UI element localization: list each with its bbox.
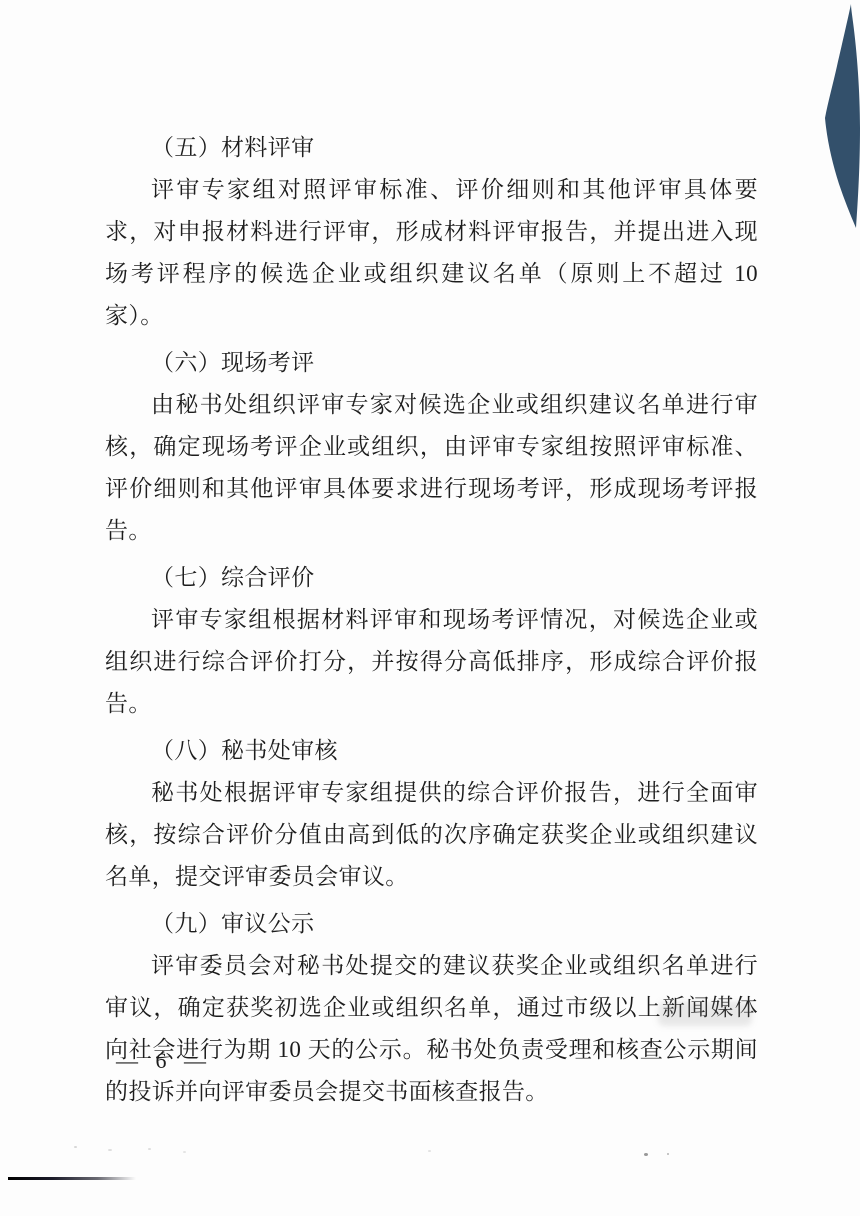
scan-speck bbox=[148, 1148, 151, 1150]
scan-speck bbox=[428, 1150, 431, 1152]
section-6-onsite-evaluation: （六）现场考评 由秘书处组织评审专家对候选企业或组织建议名单进行审核，确定现场考… bbox=[105, 342, 758, 552]
section-paragraph: 秘书处根据评审专家组提供的综合评价报告，进行全面审核，按综合评价分值由高到低的次… bbox=[105, 772, 758, 898]
section-heading: （五）材料评审 bbox=[105, 127, 758, 169]
scan-speck bbox=[108, 1149, 112, 1151]
ink-blot-shape bbox=[825, 4, 860, 228]
scan-line-artifact bbox=[8, 1177, 136, 1180]
page-number: — 6 — bbox=[116, 1048, 212, 1074]
section-heading: （八）秘书处审核 bbox=[105, 730, 758, 772]
document-page: （五）材料评审 评审专家组对照评审标准、评价细则和其他评审具体要求，对申报材料进… bbox=[0, 0, 860, 1216]
scan-ink-blot-icon bbox=[815, 0, 860, 235]
section-paragraph: 评审委员会对秘书处提交的建议获奖企业或组织名单进行审议，确定获奖初选企业或组织名… bbox=[105, 945, 758, 1113]
scan-smudge bbox=[658, 1002, 752, 1026]
section-heading: （九）审议公示 bbox=[105, 903, 758, 945]
section-5-material-review: （五）材料评审 评审专家组对照评审标准、评价细则和其他评审具体要求，对申报材料进… bbox=[105, 127, 758, 337]
scan-speck bbox=[644, 1153, 648, 1156]
scan-speck bbox=[74, 1146, 77, 1148]
section-8-secretariat-review: （八）秘书处审核 秘书处根据评审专家组提供的综合评价报告，进行全面审核，按综合评… bbox=[105, 730, 758, 898]
section-7-comprehensive-evaluation: （七）综合评价 评审专家组根据材料评审和现场考评情况，对候选企业或组织进行综合评… bbox=[105, 557, 758, 725]
section-paragraph: 评审专家组根据材料评审和现场考评情况，对候选企业或组织进行综合评价打分，并按得分… bbox=[105, 599, 758, 725]
section-paragraph: 由秘书处组织评审专家对候选企业或组织建议名单进行审核，确定现场考评企业或组织，由… bbox=[105, 384, 758, 552]
section-heading: （七）综合评价 bbox=[105, 557, 758, 599]
scan-speck bbox=[183, 1151, 186, 1153]
section-paragraph: 评审专家组对照评审标准、评价细则和其他评审具体要求，对申报材料进行评审，形成材料… bbox=[105, 169, 758, 337]
section-heading: （六）现场考评 bbox=[105, 342, 758, 384]
document-body: （五）材料评审 评审专家组对照评审标准、评价细则和其他评审具体要求，对申报材料进… bbox=[105, 122, 758, 1113]
scan-speck bbox=[667, 1153, 669, 1155]
